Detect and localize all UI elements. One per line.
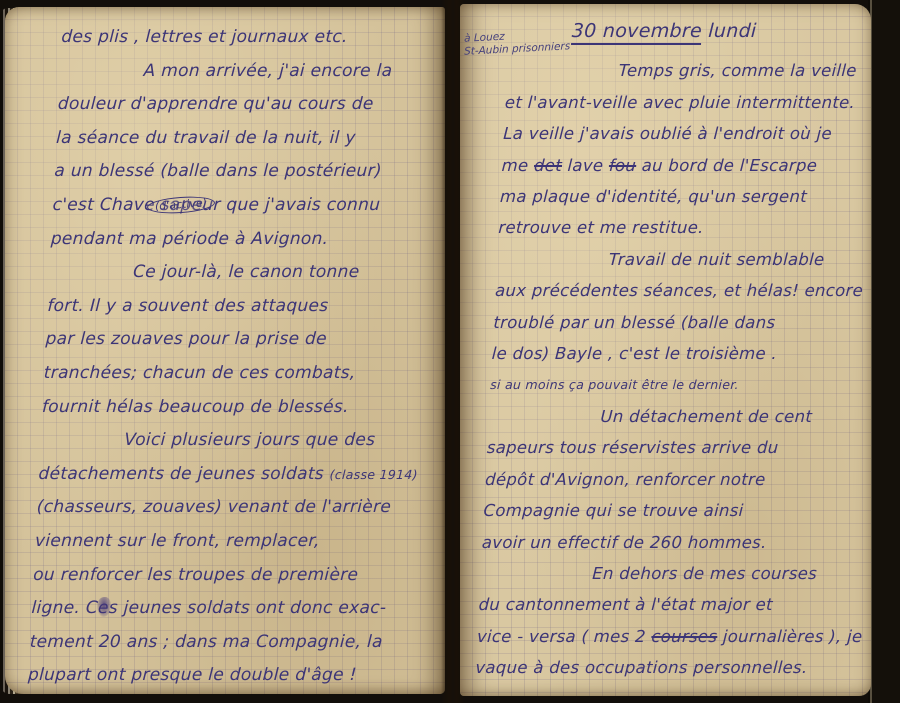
- handwritten-text: a un blessé (balle dans le postérieur): [54, 161, 383, 181]
- handwritten-text: au bord de l'Escarpe: [636, 156, 818, 175]
- handwritten-line: détachements de jeunes soldats (classe 1…: [38, 458, 434, 492]
- handwritten-text: me: [501, 156, 534, 175]
- handwritten-text: (chasseurs, zouaves) venant de l'arrière: [36, 497, 391, 517]
- handwritten-text: journalières ), je: [717, 627, 863, 646]
- handwritten-text: vice - versa ( mes 2: [477, 627, 652, 646]
- date-heading: 30 novembre lundi: [507, 10, 880, 55]
- handwritten-line: par les zouaves pour la prise de: [45, 323, 441, 357]
- handwritten-text: sapeurs tous réservistes arrive du: [486, 438, 779, 457]
- handwritten-text: viennent sur le front, remplacer,: [34, 531, 320, 551]
- handwritten-line: plupart ont presque le double d'âge !: [27, 659, 423, 693]
- handwritten-line: si au moins ça pouvait être le dernier.: [489, 369, 862, 400]
- right-page-lines: Temps gris, comme la veilleet l'avant-ve…: [475, 55, 879, 683]
- handwritten-line: c'est Chave sapeur que j'avais connu: [52, 189, 448, 223]
- handwritten-line: Ce jour-là, le canon tonne: [48, 256, 444, 290]
- handwritten-line: A mon arrivée, j'ai encore la: [59, 55, 455, 89]
- diary-page-left: des plis , lettres et journaux etc.A mon…: [5, 7, 445, 694]
- handwritten-line: retrouve et me restitue.: [498, 212, 871, 243]
- handwritten-text: ou renforcer les troupes de première: [33, 565, 359, 585]
- handwritten-text: lave: [562, 156, 610, 175]
- handwritten-text: vaque à des occupations personnelles.: [475, 658, 808, 677]
- handwritten-text: c'est Chave sapeur que j'avais connu: [52, 195, 381, 215]
- handwritten-text: plupart ont presque le double d'âge !: [27, 665, 357, 685]
- handwritten-line: la séance du travail de la nuit, il y: [55, 122, 451, 156]
- date-heading-underlined: 30 novembre: [571, 20, 702, 45]
- handwritten-line: Compagnie qui se trouve ainsi: [483, 495, 856, 526]
- handwritten-line: des plis , lettres et journaux etc.: [61, 21, 457, 55]
- handwritten-line: Voici plusieurs jours que des: [39, 424, 435, 458]
- struck-word: det: [534, 156, 563, 175]
- handwritten-line: La veille j'avais oublié à l'endroit où …: [503, 118, 876, 149]
- handwritten-text: détachements de jeunes soldats: [38, 464, 330, 484]
- handwritten-text: la séance du travail de la nuit, il y: [56, 128, 357, 148]
- diary-page-right: à Louez St-Aubin prisonniers 30 novembre…: [460, 4, 871, 696]
- handwritten-text: retrouve et me restitue.: [498, 218, 704, 237]
- handwritten-text: A mon arrivée, j'ai encore la: [143, 61, 393, 81]
- handwritten-text: ligne. Ces jeunes soldats ont donc exac-: [31, 598, 387, 618]
- handwritten-text: La veille j'avais oublié à l'endroit où …: [503, 124, 833, 143]
- handwritten-line: du cantonnement à l'état major et: [478, 589, 851, 620]
- handwritten-line: ligne. Ces jeunes soldats ont donc exac-: [31, 592, 427, 626]
- handwritten-line: aux précédentes séances, et hélas! encor…: [494, 275, 867, 306]
- handwritten-text: Travail de nuit semblable: [608, 250, 825, 269]
- handwritten-text: fournit hélas beaucoup de blessés.: [42, 397, 350, 417]
- handwritten-text: avoir un effectif de 260 hommes.: [481, 533, 767, 552]
- handwritten-text: si au moins ça pouvait être le dernier.: [490, 377, 739, 392]
- handwritten-text: du cantonnement à l'état major et: [478, 595, 773, 614]
- handwritten-line: troublé par un blessé (balle dans: [493, 307, 866, 338]
- handwritten-line: vice - versa ( mes 2 courses journalière…: [476, 621, 849, 652]
- handwritten-line: fort. Il y a souvent des attaques: [46, 290, 442, 324]
- handwritten-line: ou renforcer les troupes de première: [32, 559, 428, 593]
- handwritten-text: fort. Il y a souvent des attaques: [47, 296, 329, 316]
- handwritten-line: me det lave fou au bord de l'Escarpe: [501, 150, 874, 181]
- handwritten-text: des plis , lettres et journaux etc.: [61, 27, 348, 47]
- handwritten-text: par les zouaves pour la prise de: [45, 329, 327, 349]
- handwritten-text: En dehors de mes courses: [592, 564, 818, 583]
- handwritten-text: tranchées; chacun de ces combats,: [43, 363, 356, 383]
- handwritten-line: avoir un effectif de 260 hommes.: [481, 527, 854, 558]
- struck-word: fou: [608, 156, 636, 175]
- handwritten-text: troublé par un blessé (balle dans: [493, 313, 776, 332]
- handwritten-text: douleur d'apprendre qu'au cours de: [57, 94, 374, 114]
- handwritten-line: Travail de nuit semblable: [496, 244, 869, 275]
- handwritten-text: pendant ma période à Avignon.: [50, 229, 329, 249]
- handwritten-text: et l'avant-veille avec pluie intermitten…: [504, 93, 855, 112]
- handwritten-line: sapeurs tous réservistes arrive du: [486, 432, 859, 463]
- handwritten-line: vaque à des occupations personnelles.: [475, 652, 848, 683]
- handwritten-line: a un blessé (balle dans le postérieur): [53, 155, 449, 189]
- handwritten-text: tement 20 ans ; dans ma Compagnie, la: [29, 632, 383, 652]
- handwritten-line: tranchées; chacun de ces combats,: [43, 357, 439, 391]
- handwritten-text: ma plaque d'identité, qu'un sergent: [500, 187, 808, 206]
- handwritten-line: pendant ma période à Avignon.: [50, 223, 446, 257]
- handwritten-text: Ce jour-là, le canon tonne: [133, 262, 360, 282]
- handwritten-line: fournit hélas beaucoup de blessés.: [41, 391, 437, 425]
- handwritten-text: dépôt d'Avignon, renforcer notre: [485, 470, 766, 489]
- handwritten-line: ma plaque d'identité, qu'un sergent: [499, 181, 872, 212]
- handwritten-line: (chasseurs, zouaves) venant de l'arrière: [36, 491, 432, 525]
- handwritten-line: et l'avant-veille avec pluie intermitten…: [504, 87, 877, 118]
- handwritten-text: Un détachement de cent: [600, 407, 813, 426]
- handwritten-line: viennent sur le front, remplacer,: [34, 525, 430, 559]
- left-page-text: des plis , lettres et journaux etc.A mon…: [0, 7, 463, 694]
- handwritten-line: douleur d'apprendre qu'au cours de: [57, 88, 453, 122]
- handwritten-text: Compagnie qui se trouve ainsi: [483, 501, 744, 520]
- handwritten-line: dépôt d'Avignon, renforcer notre: [484, 464, 857, 495]
- handwritten-text: Temps gris, comme la veille: [618, 61, 857, 80]
- handwritten-line: le dos) Bayle , c'est le troisième .: [491, 338, 864, 369]
- handwritten-line: En dehors de mes courses: [479, 558, 852, 589]
- handwritten-text: aux précédentes séances, et hélas! encor…: [495, 281, 864, 300]
- notebook-spread: des plis , lettres et journaux etc.A mon…: [0, 0, 900, 703]
- right-page-text: 30 novembre lundi Temps gris, comme la v…: [442, 4, 889, 696]
- handwritten-line: tement 20 ans ; dans ma Compagnie, la: [29, 626, 425, 660]
- handwritten-text: le dos) Bayle , c'est le troisième .: [491, 344, 777, 363]
- struck-word: courses: [651, 627, 718, 646]
- handwritten-text: (classe 1914): [329, 467, 418, 482]
- handwritten-line: Temps gris, comme la veille: [506, 55, 879, 86]
- date-heading-rest: lundi: [701, 20, 757, 42]
- handwritten-text: Voici plusieurs jours que des: [124, 430, 376, 450]
- handwritten-line: Un détachement de cent: [488, 401, 861, 432]
